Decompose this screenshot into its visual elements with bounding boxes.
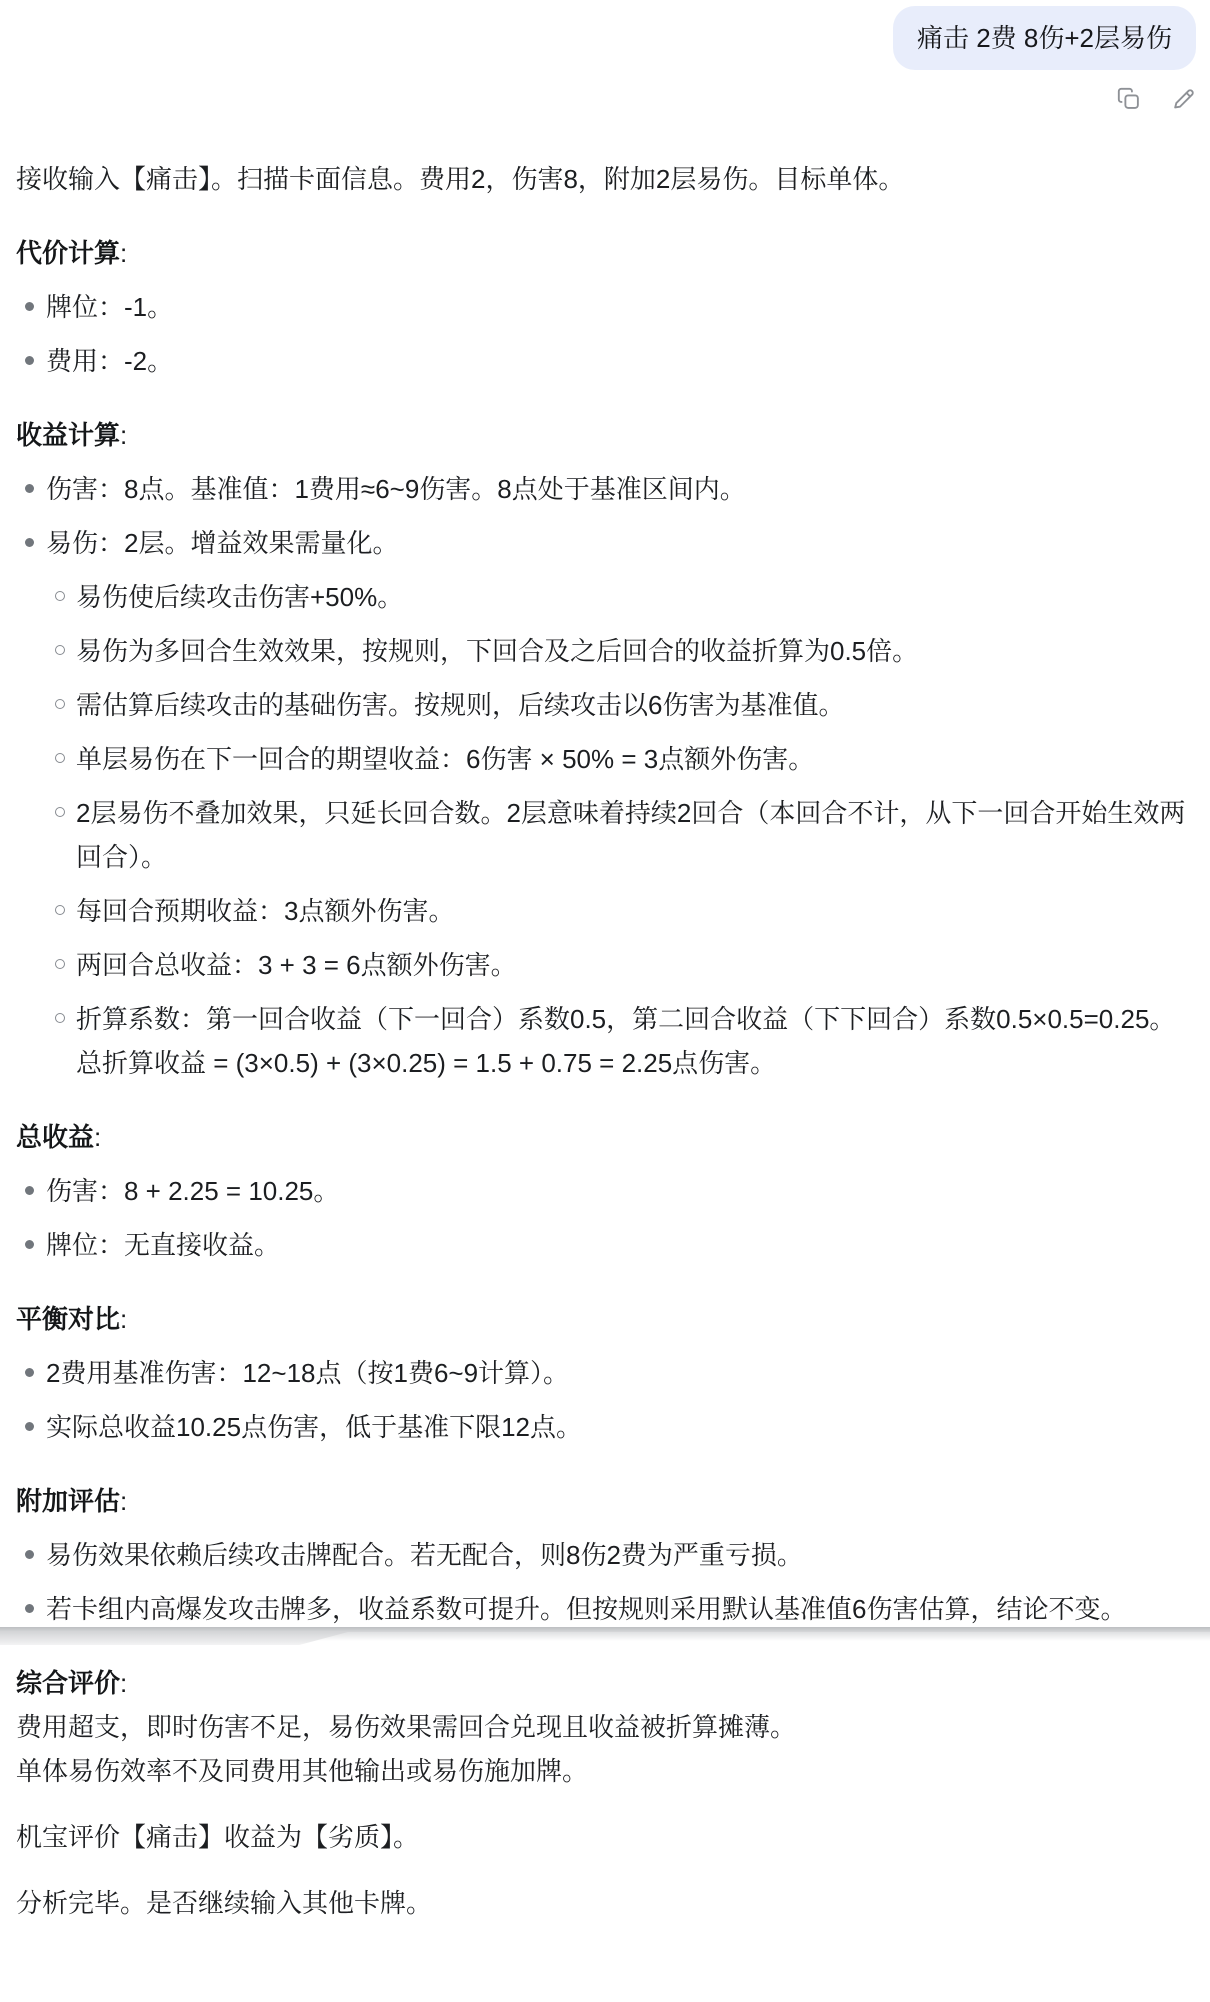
list-item: 易伤：2层。增益效果需量化。 易伤使后续攻击伤害+50%。 易伤为多回合生效效果… xyxy=(16,521,1196,1085)
list-item: 实际总收益10.25点伤害，低于基准下限12点。 xyxy=(16,1405,1196,1449)
message-actions xyxy=(16,86,1196,111)
edit-button[interactable] xyxy=(1171,86,1196,111)
verdict-paragraph: 机宝评价【痛击】收益为【劣质】。 xyxy=(16,1815,1196,1859)
benefit-list: 伤害：8点。基准值：1费用≈6~9伤害。8点处于基准区间内。 易伤：2层。增益效… xyxy=(16,467,1196,1085)
user-message-bubble: 痛击 2费 8伤+2层易伤 xyxy=(893,6,1196,70)
section-heading-benefit: 收益计算: xyxy=(16,413,1196,457)
list-item: 牌位：-1。 xyxy=(16,285,1196,329)
sub-list-item: 易伤为多回合生效效果，按规则，下回合及之后回合的收益折算为0.5倍。 xyxy=(46,629,1196,673)
edit-pencil-icon xyxy=(1171,99,1196,114)
list-item: 易伤效果依赖后续攻击牌配合。若无配合，则8伤2费为严重亏损。 xyxy=(16,1533,1196,1577)
user-message-row: 痛击 2费 8伤+2层易伤 xyxy=(16,0,1196,70)
cost-list: 牌位：-1。 费用：-2。 xyxy=(16,285,1196,383)
section-heading-cost: 代价计算: xyxy=(16,231,1196,275)
list-item: 伤害：8 + 2.25 = 10.25。 xyxy=(16,1169,1196,1213)
sub-list-item: 易伤使后续攻击伤害+50%。 xyxy=(46,575,1196,619)
sub-list-item: 2层易伤不叠加效果，只延长回合数。2层意味着持续2回合（本回合不计，从下一回合开… xyxy=(46,791,1196,879)
list-item: 若卡组内高爆发攻击牌多，收益系数可提升。但按规则采用默认基准值6伤害估算，结论不… xyxy=(16,1587,1196,1631)
copy-button[interactable] xyxy=(1116,86,1141,111)
benefit-sublist: 易伤使后续攻击伤害+50%。 易伤为多回合生效效果，按规则，下回合及之后回合的收… xyxy=(46,575,1196,1085)
list-item: 2费用基准伤害：12~18点（按1费6~9计算）。 xyxy=(16,1351,1196,1395)
balance-list: 2费用基准伤害：12~18点（按1费6~9计算）。 实际总收益10.25点伤害，… xyxy=(16,1351,1196,1449)
extra-list: 易伤效果依赖后续攻击牌配合。若无配合，则8伤2费为严重亏损。 若卡组内高爆发攻击… xyxy=(16,1533,1196,1631)
sub-list-item: 每回合预期收益：3点额外伤害。 xyxy=(46,889,1196,933)
total-list: 伤害：8 + 2.25 = 10.25。 牌位：无直接收益。 xyxy=(16,1169,1196,1267)
intro-paragraph: 接收输入【痛击】。扫描卡面信息。费用2，伤害8，附加2层易伤。目标单体。 xyxy=(16,157,1196,201)
section-heading-total: 总收益: xyxy=(16,1115,1196,1159)
summary-line: 单体易伤效率不及同费用其他输出或易伤施加牌。 xyxy=(16,1749,1196,1793)
list-item: 费用：-2。 xyxy=(16,339,1196,383)
list-item: 牌位：无直接收益。 xyxy=(16,1223,1196,1267)
sub-list-item: 需估算后续攻击的基础伤害。按规则，后续攻击以6伤害为基准值。 xyxy=(46,683,1196,727)
section-heading-extra: 附加评估: xyxy=(16,1479,1196,1523)
closing-paragraph: 分析完毕。是否继续输入其他卡牌。 xyxy=(16,1881,1196,1925)
chat-thread: 痛击 2费 8伤+2层易伤 接收输入【痛击】。扫描卡面信息。费用2，伤害8，附加… xyxy=(0,0,1210,1925)
sub-list-item: 单层易伤在下一回合的期望收益：6伤害 × 50% = 3点额外伤害。 xyxy=(46,737,1196,781)
sub-list-item: 折算系数：第一回合收益（下一回合）系数0.5，第二回合收益（下下回合）系数0.5… xyxy=(46,997,1196,1085)
summary-line: 费用超支，即时伤害不足，易伤效果需回合兑现且收益被折算摊薄。 xyxy=(16,1705,1196,1749)
sub-list-item: 两回合总收益：3 + 3 = 6点额外伤害。 xyxy=(46,943,1196,987)
summary-paragraph: 费用超支，即时伤害不足，易伤效果需回合兑现且收益被折算摊薄。 单体易伤效率不及同… xyxy=(16,1705,1196,1793)
section-heading-balance: 平衡对比: xyxy=(16,1297,1196,1341)
assistant-message: 接收输入【痛击】。扫描卡面信息。费用2，伤害8，附加2层易伤。目标单体。 代价计… xyxy=(16,157,1196,1925)
copy-icon xyxy=(1116,99,1141,114)
list-item: 伤害：8点。基准值：1费用≈6~9伤害。8点处于基准区间内。 xyxy=(16,467,1196,511)
section-heading-summary: 综合评价: xyxy=(16,1661,1196,1705)
